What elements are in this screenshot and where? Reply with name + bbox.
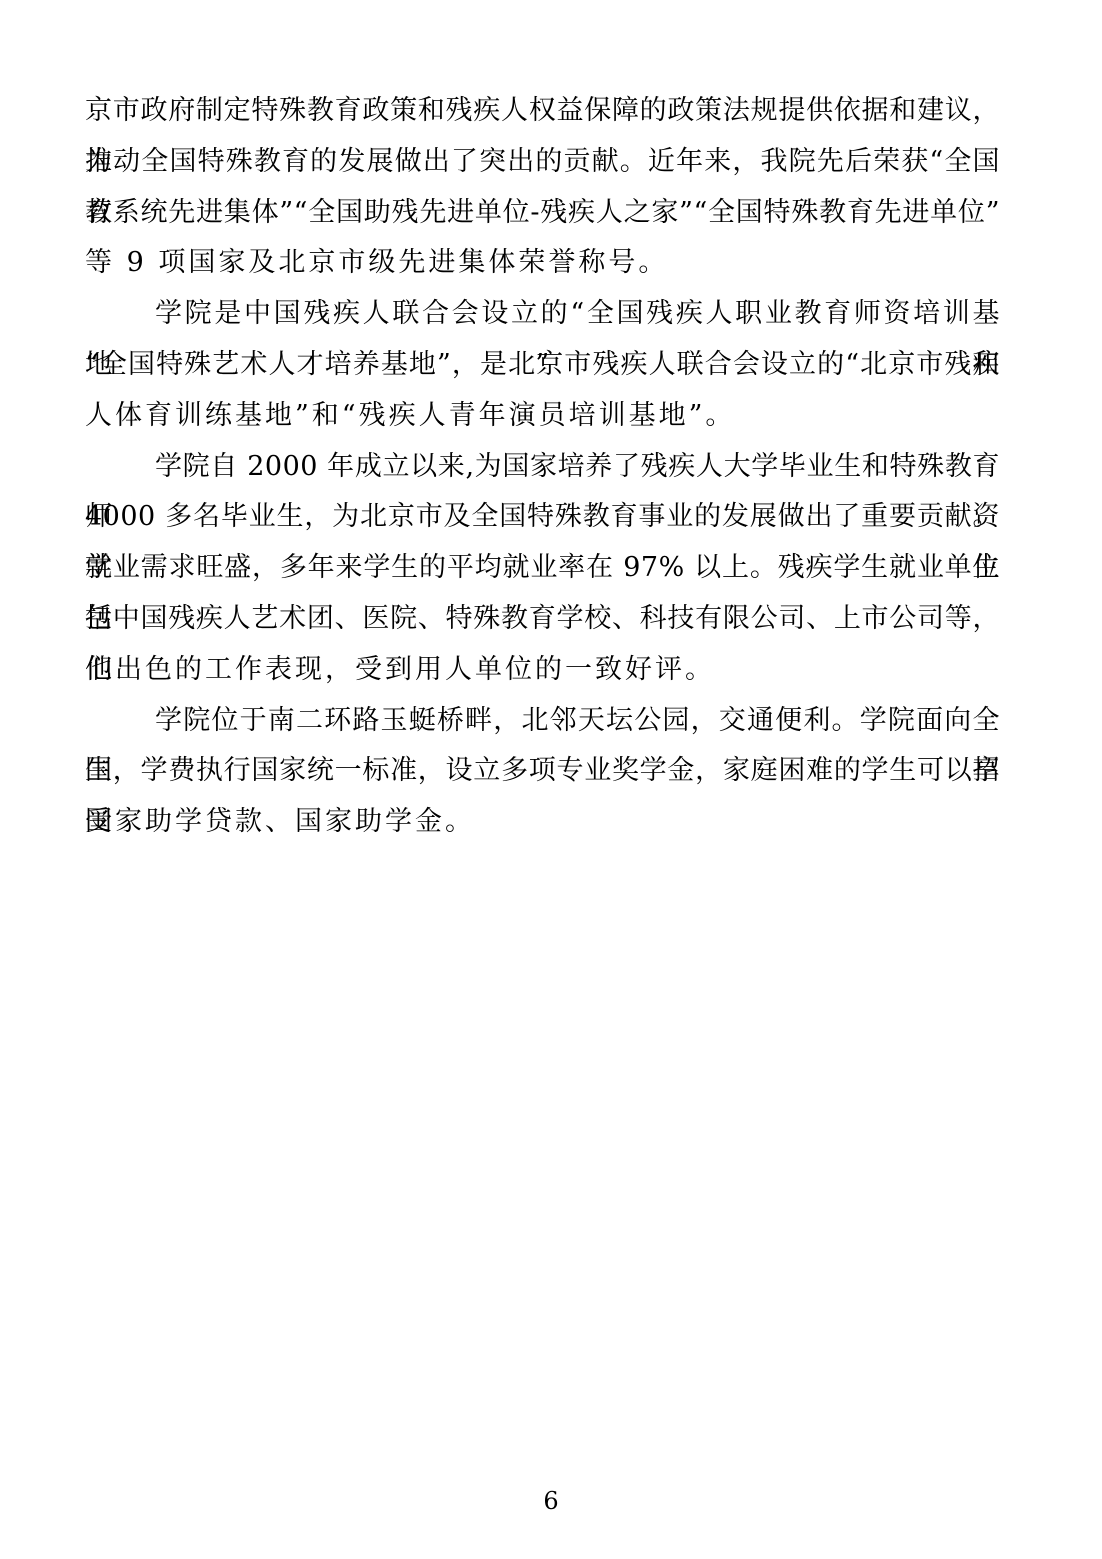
text-line: 国家助学贷款、国家助学金。 [85,797,1000,848]
text-line: 们出色的工作表现，受到用人单位的一致好评。 [85,645,1000,696]
text-line: 生，学费执行国家统一标准，设立多项专业奖学金，家庭困难的学生可以享受 [85,746,1000,797]
paragraph: 学院位于南二环路玉蜓桥畔，北邻天坛公园，交通便利。学院面向全国招生，学费执行国家… [85,696,1000,848]
text-line: 人体育训练基地”和“残疾人青年演员培训基地”。 [85,391,1000,442]
page-number: 6 [543,1487,558,1515]
text-line: 学院位于南二环路玉蜓桥畔，北邻天坛公园，交通便利。学院面向全国招 [85,696,1000,747]
document-body: 京市政府制定特殊教育政策和残疾人权益保障的政策法规提供依据和建议，为推动全国特殊… [85,86,1000,848]
paragraph: 京市政府制定特殊教育政策和残疾人权益保障的政策法规提供依据和建议，为推动全国特殊… [85,86,1000,289]
page-footer: 6 [0,1486,1102,1516]
text-line: 育系统先进集体”“全国助残先进单位-残疾人之家”“全国特殊教育先进单位” [85,188,1000,239]
paragraph: 学院自 2000 年成立以来,为国家培养了残疾人大学毕业生和特殊教育师资4000… [85,442,1000,696]
text-line: 等 9 项国家及北京市级先进集体荣誉称号。 [85,238,1000,289]
document-page: 京市政府制定特殊教育政策和残疾人权益保障的政策法规提供依据和建议，为推动全国特殊… [0,0,1102,1559]
text-line: 4000 多名毕业生，为北京市及全国特殊教育事业的发展做出了重要贡献。学生 [85,492,1000,543]
text-line: 就业需求旺盛，多年来学生的平均就业率在 97% 以上。残疾学生就业单位包 [85,543,1000,594]
text-line: 学院是中国残疾人联合会设立的“全国残疾人职业教育师资培训基地”和 [85,289,1000,340]
paragraph: 学院是中国残疾人联合会设立的“全国残疾人职业教育师资培训基地”和“全国特殊艺术人… [85,289,1000,441]
text-line: 推动全国特殊教育的发展做出了突出的贡献。近年来，我院先后荣获“全国教 [85,137,1000,188]
text-line: 京市政府制定特殊教育政策和残疾人权益保障的政策法规提供依据和建议，为 [85,86,1000,137]
text-line: 括中国残疾人艺术团、医院、特殊教育学校、科技有限公司、上市公司等，他 [85,594,1000,645]
text-line: “全国特殊艺术人才培养基地”，是北京市残疾人联合会设立的“北京市残疾 [85,340,1000,391]
text-line: 学院自 2000 年成立以来,为国家培养了残疾人大学毕业生和特殊教育师资 [85,442,1000,493]
